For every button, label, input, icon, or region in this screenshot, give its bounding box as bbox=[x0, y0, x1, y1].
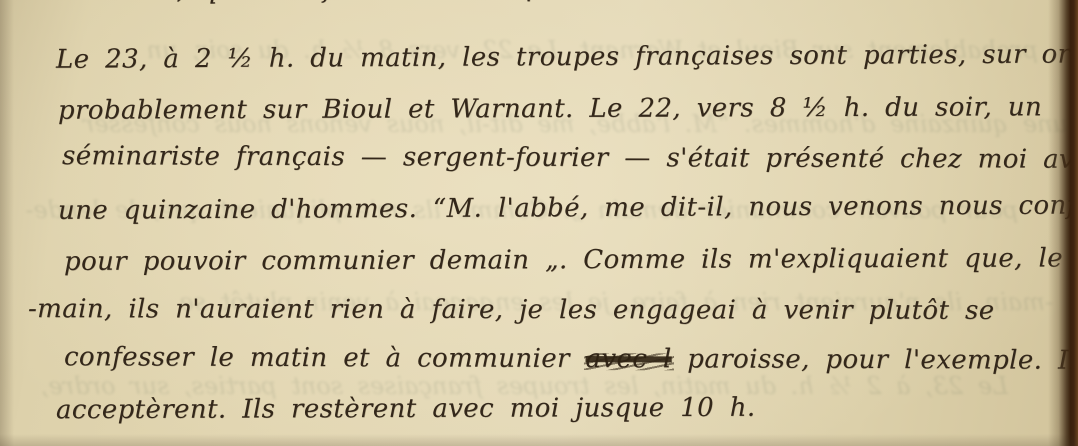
handwritten-text-block: …, qu'on a fait sauter le pont. Le 23, à… bbox=[0, 0, 1078, 446]
manuscript-line: Le 23, à 2 ½ h. du matin, les troupes fr… bbox=[56, 39, 1078, 75]
manuscript-page: probablement sur Bioul et Warnant. Le 22… bbox=[0, 0, 1078, 446]
manuscript-line: pour pouvoir communier demain „. Comme i… bbox=[64, 243, 1078, 277]
line-segment: confesser le matin et à communier bbox=[64, 342, 586, 374]
page-bottom-edge-shading bbox=[0, 434, 1078, 446]
manuscript-line-cropped-top: …, qu'on a fait sauter le pont. bbox=[150, 0, 596, 6]
manuscript-line: -main, ils n'auraient rien à faire, je l… bbox=[28, 294, 995, 326]
manuscript-line: acceptèrent. Ils restèrent avec moi jusq… bbox=[56, 393, 756, 425]
manuscript-line: une quinzaine d'hommes. “M. l'abbé, me d… bbox=[58, 190, 1078, 226]
book-binding-edge bbox=[1048, 0, 1078, 446]
manuscript-line: séminariste français — sergent-fourier —… bbox=[62, 141, 1078, 175]
manuscript-line: probablement sur Bioul et Warnant. Le 22… bbox=[58, 92, 1042, 125]
page-left-edge-shading bbox=[0, 0, 14, 446]
manuscript-line-with-strikethrough: confesser le matin et à communier avec l… bbox=[64, 342, 1078, 376]
struck-out-word: avec l bbox=[585, 344, 671, 374]
line-segment: paroisse, pour l'exemple. Ils bbox=[672, 344, 1078, 375]
